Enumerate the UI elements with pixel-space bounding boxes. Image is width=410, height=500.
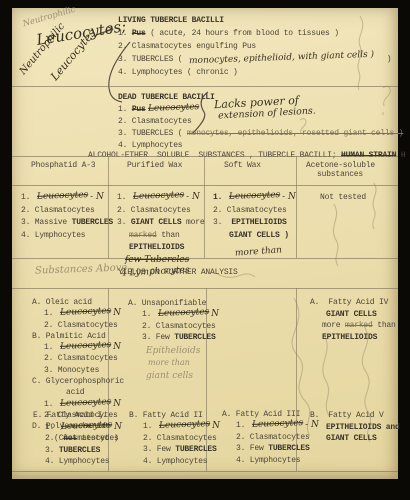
list-item: 3. TUBERCLES [33, 444, 122, 456]
item-text: ( acute, 24 hours from blood to tissues … [146, 29, 339, 38]
item-number: 1. [143, 422, 157, 431]
list-item: 1. LeucocytesN [129, 420, 220, 431]
item-text: 2. Clasmatocytes [44, 354, 118, 363]
item-number: 1. [44, 343, 58, 352]
item-number: 1. [213, 193, 227, 202]
list-item: giant cells [128, 370, 219, 380]
table-cell-unsaponifiable: A. Unsaponifiable 1. LeucocytesN 2. Clas… [128, 297, 219, 381]
list-item: 3. GIANT CELLS more [117, 215, 204, 228]
struck-text: monocytes, epithelioids, rosetted giant … [187, 129, 403, 138]
list-item: Epithelioids [128, 345, 219, 355]
item-text: 4. Lymphocytes [45, 457, 109, 466]
item-text: 2. Clasmatocytes [213, 206, 287, 215]
item-text-bold: EPITHELIOIDS and [326, 423, 400, 432]
list-item: 1. Leucocytes- N [117, 190, 204, 203]
table-border [12, 156, 398, 157]
handwritten-note: more than [148, 358, 190, 367]
table-cell-fatty-acid-4: A. Fatty Acid IV GIANT CELLS more marked… [310, 296, 396, 342]
handwritten-insert: Leucocytes [158, 309, 210, 319]
item-text: 2. Clasmatocytes engulfing Pus [118, 42, 256, 51]
item-text-bold: GIANT CELLS ) [229, 231, 289, 240]
section-title: LIVING TUBERCLE BACILLI [118, 13, 391, 26]
list-item: 3. Few TUBERCLES [128, 331, 219, 342]
list-item: EPITHELIOIDS [117, 240, 204, 253]
item-text-bold: TUBERCLES [59, 446, 100, 455]
item-text: 3. Few [142, 333, 174, 342]
list-item: 4. Lymphocytes [129, 455, 220, 466]
item-text: 2. Clasmatocytes [142, 322, 216, 331]
pencil-scribble [333, 204, 338, 266]
item-text: 3. TUBERCLES ( [118, 55, 187, 64]
handwritten-insert: Leucocytes [37, 191, 89, 202]
item-text: 3. Massive [21, 218, 72, 227]
table-border [12, 258, 398, 259]
column-header: Purified Wax [127, 161, 182, 170]
list-item: 4. Lymphocytes [21, 228, 113, 241]
list-item: 3. EPITHELIOIDS [213, 215, 296, 228]
list-item: 2. Clasmatocytes [129, 432, 220, 443]
handwritten-section-title: Substances Above [35, 262, 128, 276]
item-text: 3. TUBERCLES ( [118, 129, 187, 138]
list-item: 1. LeucocytesN [32, 398, 124, 409]
item-text: 4. Lymphocytes [21, 231, 85, 240]
list-item: 1. LeucocytesN [128, 308, 219, 319]
item-text: 2. Clasmatocytes [236, 433, 310, 442]
list-item: 1. LeucocytesN [32, 307, 124, 318]
section-title: YIELDS ON FURTHER ANALYSIS [118, 268, 238, 277]
handwritten-mark: N [113, 308, 121, 318]
handwritten-insert: more than [235, 246, 283, 259]
handwritten-mark: N [211, 309, 219, 319]
item-text: more [322, 321, 345, 330]
item-number: 1. [44, 400, 58, 409]
list-item: GIANT CELLS [310, 308, 396, 320]
handwritten-insert: Leucocytes [61, 421, 113, 431]
table-title: ALCOHOL-ETHER SOLUBLE SUBSTANCES , TUBER… [88, 144, 410, 162]
list-item: 1. Leucocytes- N [213, 190, 296, 203]
list-item: 3. Massive TUBERCLES [21, 215, 113, 228]
table-cell-purified-wax: 1. Leucocytes- N 2. Clasmatocytes 3. GIA… [117, 190, 204, 278]
item-text-bold: EPITHELIOIDS [129, 243, 184, 252]
list-item: 2. Clasmatocytes [117, 203, 204, 216]
handwritten-mark: - N [90, 192, 104, 202]
table-cell-fatty-acid-1: E. Fatty Acid I. 1. LeucocytesN 2. Clasm… [33, 409, 122, 467]
handwritten-mark: - N [282, 192, 296, 202]
column-header: substances [317, 170, 363, 179]
handwritten-insert: Leucocytes [60, 341, 112, 351]
list-item: 2. Clasmatocytes [32, 319, 124, 330]
handwritten-insert: Leucocytes [147, 103, 199, 114]
item-number: 1. [21, 193, 35, 202]
handwritten-insert: Leucocytes [60, 398, 112, 408]
item-number: 3. [117, 218, 131, 227]
item-text-bold: GIANT CELLS [326, 310, 377, 319]
item-text: 2. Clasmatocytes [118, 117, 192, 126]
handwritten-struck: few Tubercles [125, 255, 189, 265]
table-cell-fatty-acid-5: B. Fatty Acid V EPITHELIOIDS and GIANT C… [310, 409, 400, 444]
list-item: 2. Clasmatocytes [213, 203, 296, 216]
group-header: E. Fatty Acid I. [33, 409, 122, 421]
list-item: 3. Few TUBERCLES [129, 443, 220, 454]
struck-text: Pus [132, 29, 146, 38]
handwritten-insert: Leucocytes [252, 420, 304, 430]
pencil-scribble [323, 333, 330, 417]
item-number: 1. [118, 105, 132, 114]
column-header: Soft Wax [224, 161, 261, 170]
table-cell-soft-wax: 1. Leucocytes- N 2. Clasmatocytes 3. EPI… [213, 190, 296, 258]
list-item: 3. TUBERCLES ( monocytes, epithelioids, … [118, 126, 403, 138]
list-item: 2. Clasmatocytes [222, 431, 319, 442]
item-text-bold: GIANT CELLS [326, 434, 377, 443]
title-text: DEAD TUBERCLE BACILLI [118, 93, 215, 102]
item-number: 1. [44, 309, 58, 318]
handwritten-insert: Leucocytes [60, 307, 112, 317]
item-text: B. Fatty Acid V [310, 411, 384, 420]
handwritten-note: giant cells [146, 371, 193, 381]
item-number: 3. [213, 218, 231, 227]
column-header: Acetone-soluble [306, 161, 375, 170]
item-text-bold: TUBERCLES [268, 444, 309, 453]
item-text: A. Oleic acid [32, 298, 92, 307]
item-text: 2. Clasmatocytes [45, 434, 119, 443]
item-number: 3. [45, 446, 59, 455]
item-text: 2. Clasmatocytes [21, 206, 95, 215]
list-item: 1. LeucocytesN [32, 341, 124, 352]
item-text-bold: TUBERCLES [174, 333, 215, 342]
list-item: more than [128, 357, 219, 367]
item-text-bold: GIANT CELLS [131, 218, 182, 227]
list-item: few Tubercles [117, 253, 204, 266]
handwritten-mark: N [212, 421, 220, 431]
item-text: 4. Lymphocytes [236, 456, 300, 465]
document-page: Neutrophilic Leucocytes; Neutrophilic Le… [12, 8, 398, 479]
list-item: 1. Leucocytes- N [222, 419, 319, 430]
item-text: more [181, 218, 204, 227]
item-text: 4. Lymphocytes [143, 457, 207, 466]
struck-text: marked [129, 231, 157, 240]
item-text: 2. Clasmatocytes [143, 434, 217, 443]
item-text: C. Glycerophosphoric [32, 377, 124, 386]
table-cell-acetone: Not tested [320, 193, 366, 202]
list-item: 3. TUBERCLES ( monocytes, epithelioid, w… [118, 52, 391, 65]
handwritten-note: Epithelioids [146, 346, 200, 356]
list-item: 1. LeucocytesN [33, 421, 122, 433]
handwritten-mark: - N [186, 192, 200, 202]
list-item: GIANT CELLS ) [213, 228, 296, 241]
table-border [296, 156, 297, 258]
list-item: 4. Lymphocytes [33, 455, 122, 467]
list-item: more than [213, 245, 296, 258]
section-divider [12, 86, 398, 87]
item-text-bold: TUBERCLES [175, 445, 216, 454]
item-text: B. Fatty Acid II [129, 411, 203, 420]
list-item: 2. Clasmatocytes [33, 432, 122, 444]
item-number: 1. [142, 310, 156, 319]
item-text-bold: TUBERCLES [72, 218, 113, 227]
scan-background: Neutrophilic Leucocytes; Neutrophilic Le… [0, 0, 410, 500]
table-border [12, 185, 398, 186]
list-item: more marked than [310, 319, 396, 331]
handwritten-insert: Leucocytes [159, 421, 211, 431]
item-text: 3. Few [143, 445, 175, 454]
list-item: marked than [117, 228, 204, 241]
struck-text: marked [345, 321, 373, 330]
handwritten-mark: N [113, 399, 121, 409]
item-text: 3. Few [236, 444, 268, 453]
title-text: H 37 [396, 151, 410, 160]
handwritten-insert: Leucocytes [229, 191, 281, 202]
item-text-bold: EPITHELIOIDS [231, 218, 286, 227]
group-header: A. Fatty Acid IV [310, 296, 396, 308]
item-text: 2. Clasmatocytes [44, 321, 118, 330]
group-header: A. Fatty Acid III [222, 408, 319, 419]
item-text: than [373, 321, 396, 330]
list-item: 4. Lymphocytes ( chronic ) [118, 65, 391, 78]
item-number: 1. [117, 193, 131, 202]
list-item: EPITHELIOIDS [310, 331, 396, 343]
title-text: LIVING TUBERCLE BACILLI [118, 16, 224, 25]
group-header: C. Glycerophosphoric [32, 375, 124, 386]
item-text: ) [382, 55, 391, 64]
handwritten-insert: Leucocytes [133, 191, 185, 202]
struck-text: Pus [132, 105, 146, 114]
item-text: than [157, 231, 180, 240]
table-cell-phosphatid: 1. Leucocytes- N 2. Clasmatocytes 3. Mas… [21, 190, 113, 240]
list-item: EPITHELIOIDS and [310, 421, 400, 433]
list-item: 3. Few TUBERCLES [222, 442, 319, 453]
handwritten-mark: N [114, 422, 122, 432]
list-item: 1. Leucocytes- N [21, 190, 113, 203]
living-bacilli-section: LIVING TUBERCLE BACILLI 1. Pus ( acute, … [118, 13, 391, 78]
item-number: 1. [45, 423, 59, 432]
item-text: E. Fatty Acid I. [33, 411, 107, 420]
table-border [12, 471, 398, 472]
item-text: 2. Clasmatocytes [117, 206, 191, 215]
item-text: 3. Monocytes [44, 366, 99, 375]
list-item: 1. Pus ( acute, 24 hours from blood to t… [118, 26, 391, 39]
list-item: 2. Clasmatocytes [32, 352, 124, 363]
list-item: acid [32, 386, 124, 397]
column-header: Phosphatid A-3 [31, 161, 95, 170]
item-text: acid [66, 388, 84, 397]
item-text: 4. Lymphocytes ( chronic ) [118, 68, 238, 77]
list-item: 4. Lymphocytes [222, 454, 319, 465]
item-text: B. Palmitic Acid [32, 332, 106, 341]
table-cell-fatty-acid-3: A. Fatty Acid III 1. Leucocytes- N 2. Cl… [222, 408, 319, 465]
item-number: 1. [236, 421, 250, 430]
handwritten-insert: monocytes, epithelioid, with giant cells… [189, 50, 374, 66]
list-item: 2. Clasmatocytes [128, 320, 219, 331]
pencil-scribble [373, 183, 376, 229]
list-item: 3. Monocytes [32, 364, 124, 375]
list-item: GIANT CELLS [310, 432, 400, 444]
handwritten-mark: N [113, 342, 121, 352]
table-cell-fatty-acid-2: B. Fatty Acid II 1. LeucocytesN 2. Clasm… [129, 409, 220, 466]
item-text-bold: EPITHELIOIDS [322, 333, 377, 342]
list-item: 2. Clasmatocytes [21, 203, 113, 216]
group-header: B. Fatty Acid V [310, 409, 400, 421]
item-text: A. Fatty Acid IV [310, 298, 388, 307]
item-number: 1. [118, 29, 132, 38]
table-border [12, 288, 398, 289]
